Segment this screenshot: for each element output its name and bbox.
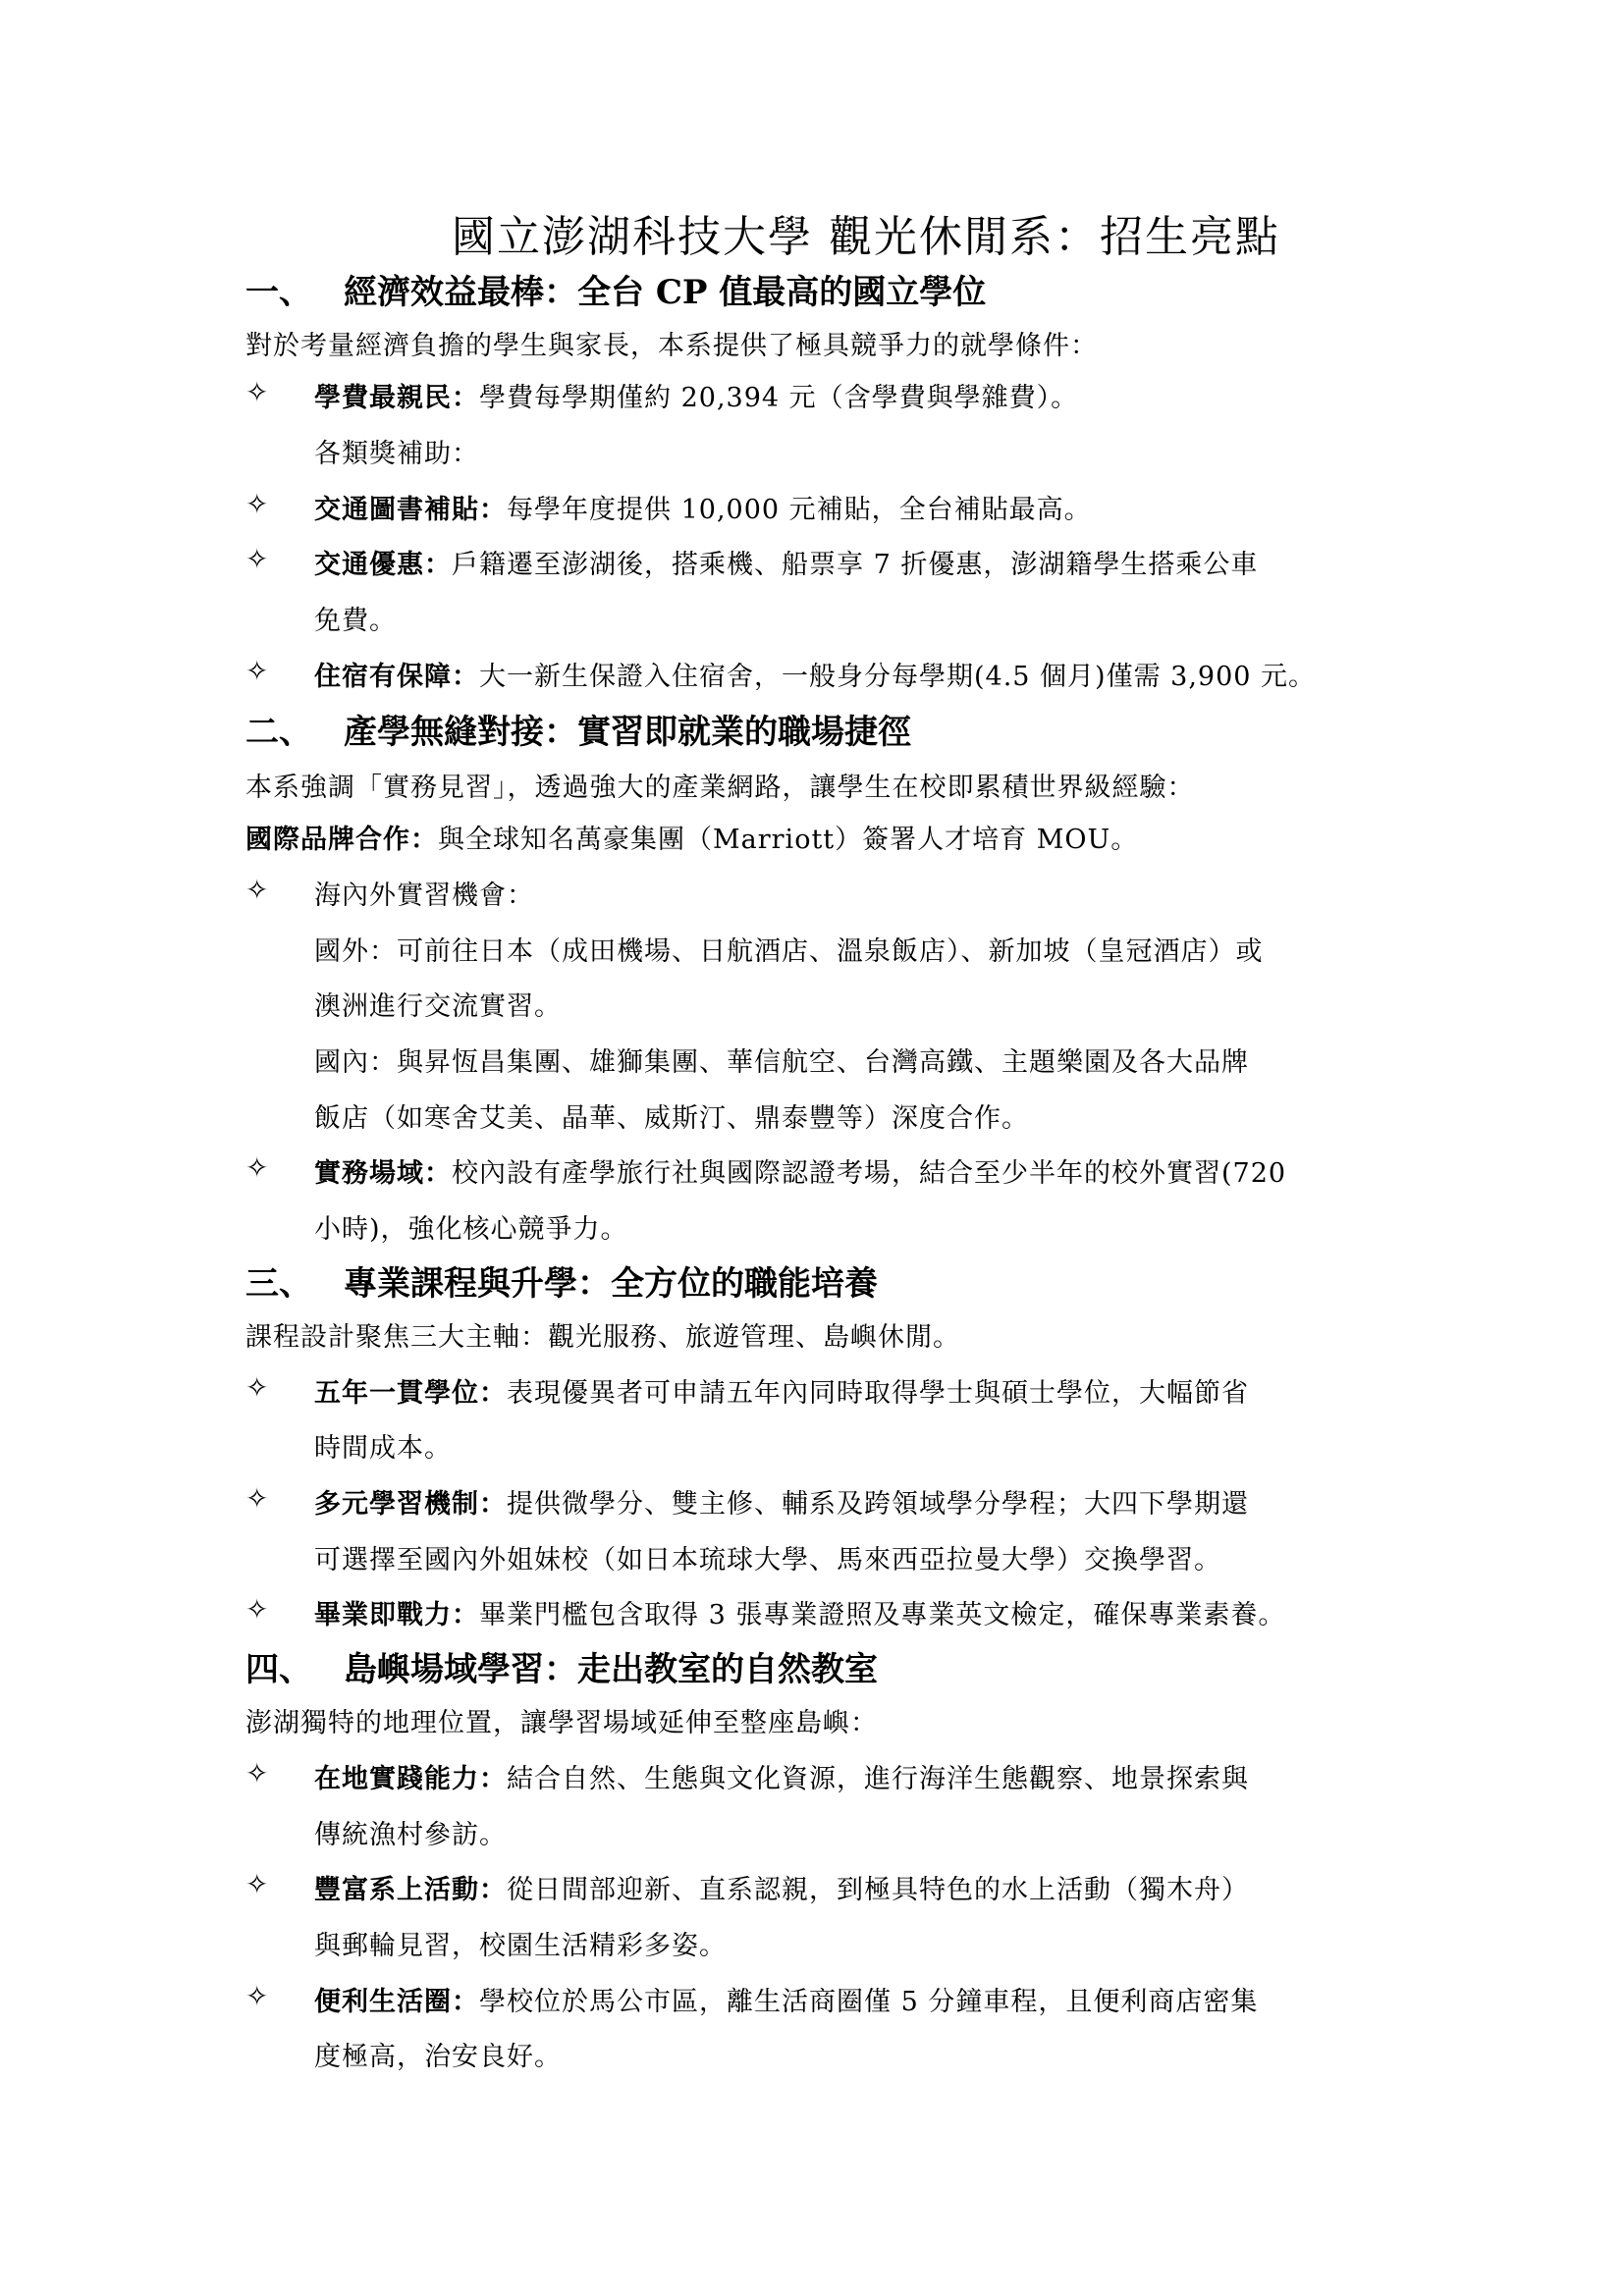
diamond-star-icon: ✧ [245, 543, 275, 575]
bullet-continuation: 與郵輪見習，校園生活精彩多姿。 [314, 1924, 727, 1962]
section-heading-3: 三、專業課程與升學：全方位的職能培養 [245, 1256, 878, 1305]
section-number: 二、 [245, 705, 344, 753]
sub-line: 澳洲進行交流實習。 [314, 985, 562, 1023]
diamond-star-icon: ✧ [245, 655, 275, 687]
section-heading-1: 一、經濟效益最棒：全台 CP 值最高的國立學位 [245, 265, 986, 313]
sub-line: 國外：可前往日本（成田機場、日航酒店、溫泉飯店）、新加坡（皇冠酒店）或 [314, 930, 1264, 968]
section-number: 一、 [245, 265, 344, 313]
bullet-continuation: 傳統漁村參訪。 [314, 1813, 507, 1851]
section-intro-2: 國際品牌合作：與全球知名萬豪集團（Marriott）簽署人才培育 MOU。 [245, 818, 1138, 856]
bullet-label: 實務場域： [314, 1158, 452, 1189]
bullet-label: 五年一貫學位： [314, 1378, 507, 1409]
section-heading-2: 二、產學無縫對接：實習即就業的職場捷徑 [245, 705, 911, 753]
bullet-label: 在地實踐能力： [314, 1764, 507, 1794]
bullet-text: 學費每學期僅約 20,394 元（含學費與學雜費）。 [479, 383, 1078, 413]
section-intro: 本系強調「實務見習」，透過強大的產業網路，讓學生在校即累積世界級經驗： [245, 766, 1195, 804]
section-intro: 對於考量經濟負擔的學生與家長，本系提供了極具競爭力的就學條件： [245, 324, 1098, 362]
section-number: 四、 [245, 1642, 344, 1690]
section-number: 三、 [245, 1256, 344, 1305]
bullet-text: 結合自然、生態與文化資源，進行海洋生態觀察、地景探索與 [507, 1764, 1249, 1794]
bullet-text: 每學年度提供 10,000 元補貼，全台補貼最高。 [507, 495, 1092, 525]
intro-text: 與全球知名萬豪集團（Marriott）簽署人才培育 MOU。 [438, 825, 1138, 855]
intro-label: 國際品牌合作： [245, 825, 438, 855]
sub-line: 飯店（如寒舍艾美、晶華、威斯汀、鼎泰豐等）深度合作。 [314, 1096, 1029, 1135]
diamond-star-icon: ✧ [245, 376, 275, 408]
diamond-star-icon: ✧ [245, 1371, 275, 1404]
diamond-star-icon: ✧ [245, 1757, 275, 1789]
diamond-star-icon: ✧ [245, 1980, 275, 2012]
section-heading-4: 四、島嶼場域學習：走出教室的自然教室 [245, 1642, 878, 1690]
bullet-label: 便利生活圈： [314, 1987, 479, 2017]
section-title: 經濟效益最棒：全台 CP 值最高的國立學位 [344, 273, 986, 312]
bullet-label: 豐富系上活動： [314, 1875, 507, 1905]
bullet-continuation: 免費。 [314, 599, 397, 637]
bullet-label: 住宿有保障： [314, 662, 479, 692]
document-title: 國立澎湖科技大學 觀光休閒系：招生亮點 [0, 201, 1624, 264]
bullet-text: 表現優異者可申請五年內同時取得學士與碩士學位，大幅節省 [507, 1378, 1249, 1409]
bullet-text: 海內外實習機會： [314, 881, 534, 911]
bullet-text: 戶籍遷至澎湖後，搭乘機、船票享 7 折優惠，澎湖籍學生搭乘公車 [452, 550, 1258, 580]
bullet-text: 大一新生保證入住宿舍，一般身分每學期(4.5 個月)僅需 3,900 元。 [479, 662, 1316, 692]
bullet-label: 多元學習機制： [314, 1489, 507, 1520]
diamond-star-icon: ✧ [245, 1151, 275, 1184]
section-title: 產學無縫對接：實習即就業的職場捷徑 [344, 713, 911, 752]
diamond-star-icon: ✧ [245, 488, 275, 520]
bullet-text: 畢業門檻包含取得 3 張專業證照及專業英文檢定，確保專業素養。 [479, 1600, 1285, 1630]
sub-line: 國內：與昇恆昌集團、雄獅集團、華信航空、台灣高鐵、主題樂園及各大品牌 [314, 1041, 1249, 1079]
bullet-continuation: 時間成本。 [314, 1426, 452, 1465]
bullet-text: 從日間部迎新、直系認親，到極具特色的水上活動（獨木舟） [507, 1875, 1249, 1905]
bullet-continuation: 度極高，治安良好。 [314, 2035, 562, 2073]
document-page: 國立澎湖科技大學 觀光休閒系：招生亮點 一、經濟效益最棒：全台 CP 值最高的國… [0, 0, 1624, 2296]
bullet-text: 校內設有產學旅行社與國際認證考場，結合至少半年的校外實習(720 [452, 1158, 1286, 1189]
sub-line: 各類獎補助： [314, 432, 479, 470]
bullet-label: 畢業即戰力： [314, 1600, 479, 1630]
bullet-label: 交通優惠： [314, 550, 452, 580]
bullet-label: 交通圖書補貼： [314, 495, 507, 525]
diamond-star-icon: ✧ [245, 874, 275, 906]
diamond-star-icon: ✧ [245, 1482, 275, 1515]
diamond-star-icon: ✧ [245, 1593, 275, 1626]
section-title: 島嶼場域學習：走出教室的自然教室 [344, 1650, 878, 1689]
bullet-text: 提供微學分、雙主修、輔系及跨領域學分學程；大四下學期還 [507, 1489, 1249, 1520]
bullet-label: 學費最親民： [314, 383, 479, 413]
bullet-text: 學校位於馬公市區，離生活商圈僅 5 分鐘車程，且便利商店密集 [479, 1987, 1258, 2017]
bullet-continuation: 小時)，強化核心競爭力。 [314, 1207, 628, 1246]
diamond-star-icon: ✧ [245, 1868, 275, 1900]
bullet-continuation: 可選擇至國內外姐妹校（如日本琉球大學、馬來西亞拉曼大學）交換學習。 [314, 1538, 1221, 1576]
section-intro: 課程設計聚焦三大主軸：觀光服務、旅遊管理、島嶼休閒。 [245, 1315, 960, 1354]
section-title: 專業課程與升學：全方位的職能培養 [344, 1264, 878, 1304]
section-intro: 澎湖獨特的地理位置，讓學習場域延伸至整座島嶼： [245, 1701, 878, 1739]
